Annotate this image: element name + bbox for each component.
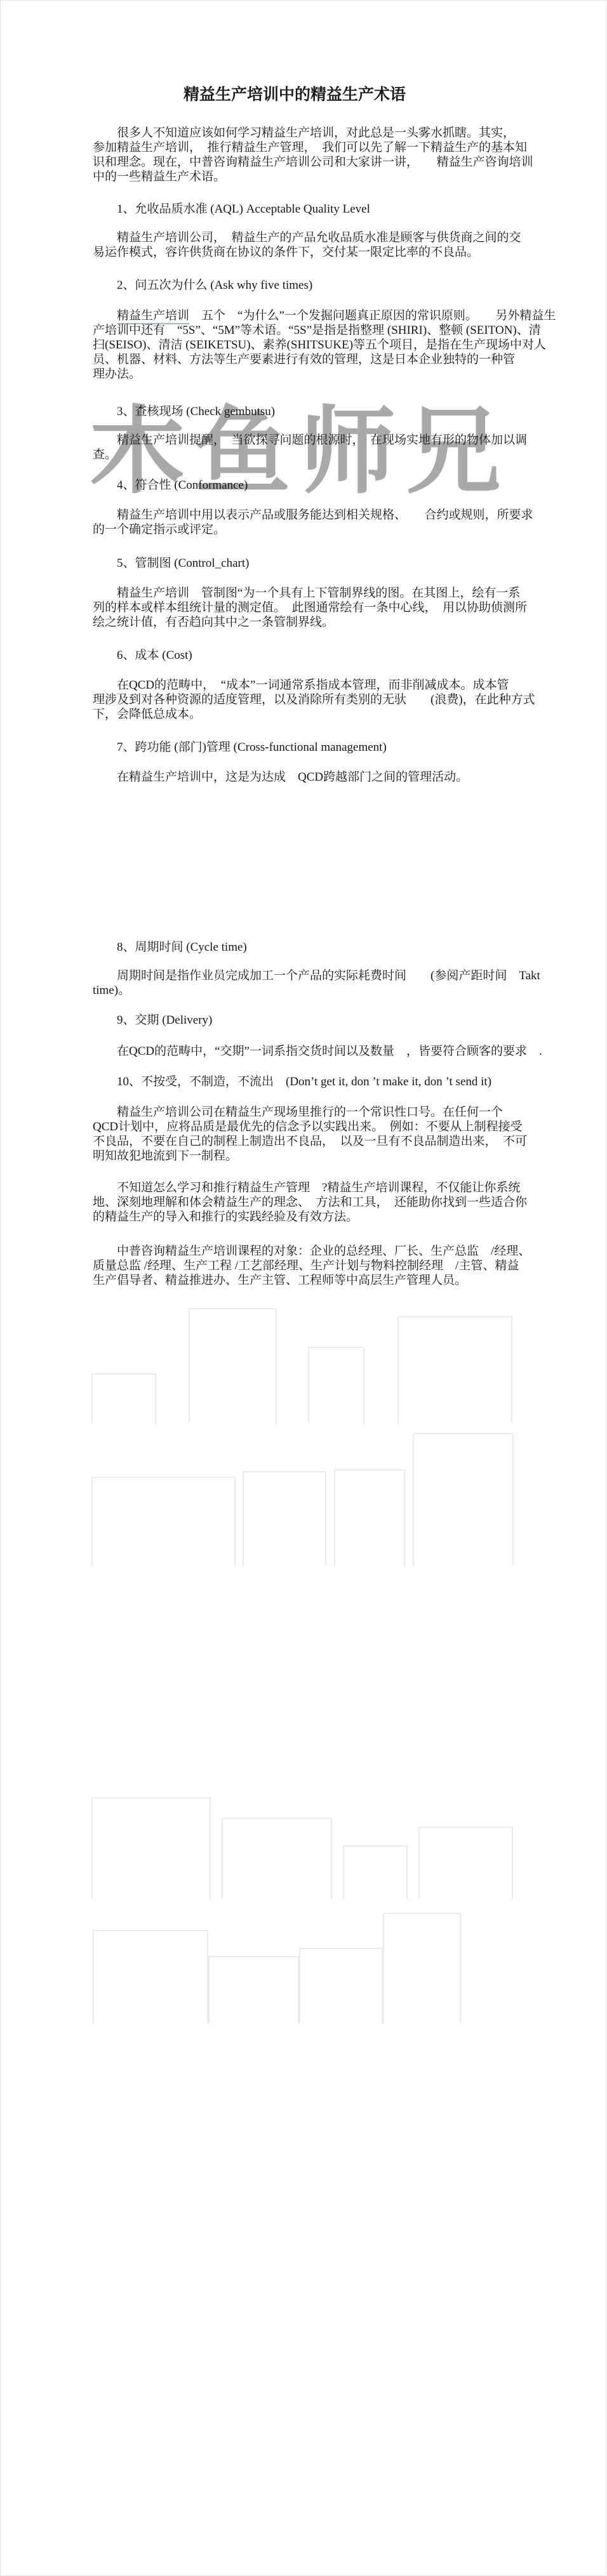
- image-placeholder: [343, 1846, 408, 1899]
- image-placeholder: [308, 1347, 364, 1423]
- image-placeholder: [189, 1308, 277, 1423]
- image-placeholder: [91, 1477, 236, 1567]
- image-placeholder: [93, 1930, 208, 2024]
- image-placeholder: [208, 1956, 299, 2024]
- image-placeholder-group: [1, 1, 607, 2576]
- image-placeholder: [334, 1469, 405, 1567]
- document-page: 木鱼师兄 精益生产培训中的精益生产术语 很多人不知道应该如何学习精益生产培训，对…: [0, 0, 607, 2576]
- image-placeholder: [418, 1826, 513, 1899]
- image-placeholder: [91, 1373, 156, 1423]
- image-placeholder: [397, 1316, 512, 1423]
- image-placeholder: [413, 1433, 514, 1567]
- image-placeholder: [383, 1913, 461, 2024]
- image-placeholder: [243, 1471, 326, 1567]
- image-placeholder: [222, 1818, 332, 1899]
- image-placeholder: [91, 1797, 211, 1899]
- image-placeholder: [299, 1948, 383, 2024]
